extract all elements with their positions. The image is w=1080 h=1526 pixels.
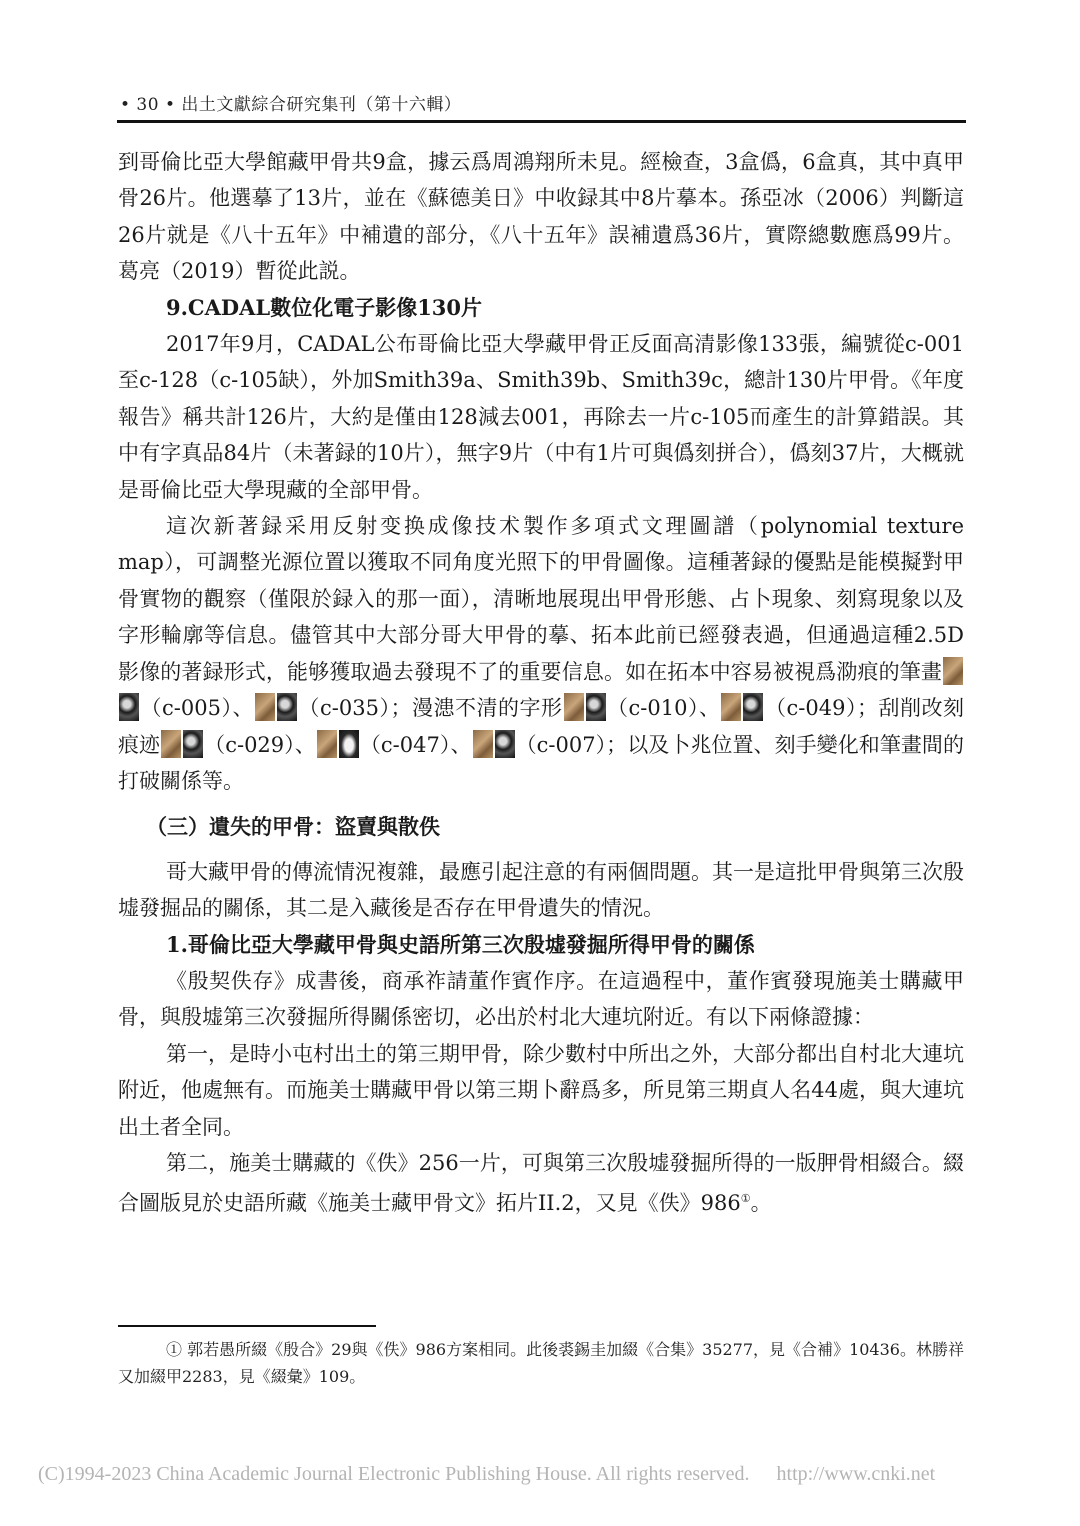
oracle-bone-image-c029-photo [161,730,181,758]
oracle-bone-image-c049-photo [721,693,741,721]
paragraph-continued: 到哥倫比亞大學館藏甲骨共9盒，據云爲周鴻翔所未見。經檢查，3盒僞，6盒真，其中真… [118,144,964,290]
oracle-bone-image-c035-ptm [277,693,297,721]
paragraph-yinqi: 《殷契佚存》成書後，商承祚請董作賓作序。在這過程中，董作賓發現施美士購藏甲骨，與… [118,963,964,1036]
paragraph-ptm: 這次新著録采用反射变换成像技术製作多項式文理圖譜（polynomial text… [118,508,964,799]
footnote-rule [118,1325,376,1327]
journal-title: 出土文獻綜合研究集刊（第十六輯） [181,95,461,115]
oracle-bone-image-c035-photo [255,693,275,721]
page-number: • 30 • [120,95,176,115]
body-text: 到哥倫比亞大學館藏甲骨共9盒，據云爲周鴻翔所未見。經檢查，3盒僞，6盒真，其中真… [118,144,964,1222]
oracle-bone-image-c010-photo [564,693,584,721]
oracle-bone-image-c047-photo [317,730,337,758]
section-heading-lost-bones: （三）遺失的甲骨：盜賣與散佚 [118,809,964,845]
oracle-bone-image-c007-photo [473,730,493,758]
copyright-text: (C)1994-2023 China Academic Journal Elec… [38,1463,750,1485]
header-rule [117,120,966,123]
oracle-bone-image-c047-ptm [339,730,359,758]
paragraph-cadal: 2017年9月，CADAL公布哥倫比亞大學藏甲骨正反面高清影像133張，編號從c… [118,326,964,508]
oracle-bone-image-c005-ptm [119,693,139,721]
running-header: • 30 • 出土文獻綜合研究集刊（第十六輯） [120,90,965,115]
oracle-bone-image-c049-ptm [743,693,763,721]
footnote-ref[interactable]: ① [741,1192,751,1205]
footnote-1: ① 郭若愚所綴《殷合》29與《佚》986方案相同。此後裘錫圭加綴《合集》3527… [118,1336,964,1390]
copyright-watermark: (C)1994-2023 China Academic Journal Elec… [38,1463,1048,1486]
oracle-bone-image-c010-ptm [586,693,606,721]
paragraph-intro-problems: 哥大藏甲骨的傳流情況複雜，最應引起注意的有兩個問題。其一是這批甲骨與第三次殷墟發… [118,854,964,927]
oracle-bone-image-c005-photo [943,657,963,685]
paragraph-evidence-1: 第一，是時小屯村出土的第三期甲骨，除少數村中所出之外，大部分都出自村北大連坑附近… [118,1036,964,1145]
oracle-bone-image-c007-ptm [495,730,515,758]
subheading-relationship: 1.哥倫比亞大學藏甲骨與史語所第三次殷墟發掘所得甲骨的關係 [118,927,964,963]
subheading-cadal: 9.CADAL數位化電子影像130片 [118,290,964,326]
footnote: ① 郭若愚所綴《殷合》29與《佚》986方案相同。此後裘錫圭加綴《合集》3527… [118,1336,964,1390]
paragraph-evidence-2: 第二，施美士購藏的《佚》256一片，可與第三次殷墟發掘所得的一版胛骨相綴合。綴合… [118,1145,964,1222]
cnki-link[interactable]: http://www.cnki.net [777,1463,936,1485]
oracle-bone-image-c029-ptm [183,730,203,758]
